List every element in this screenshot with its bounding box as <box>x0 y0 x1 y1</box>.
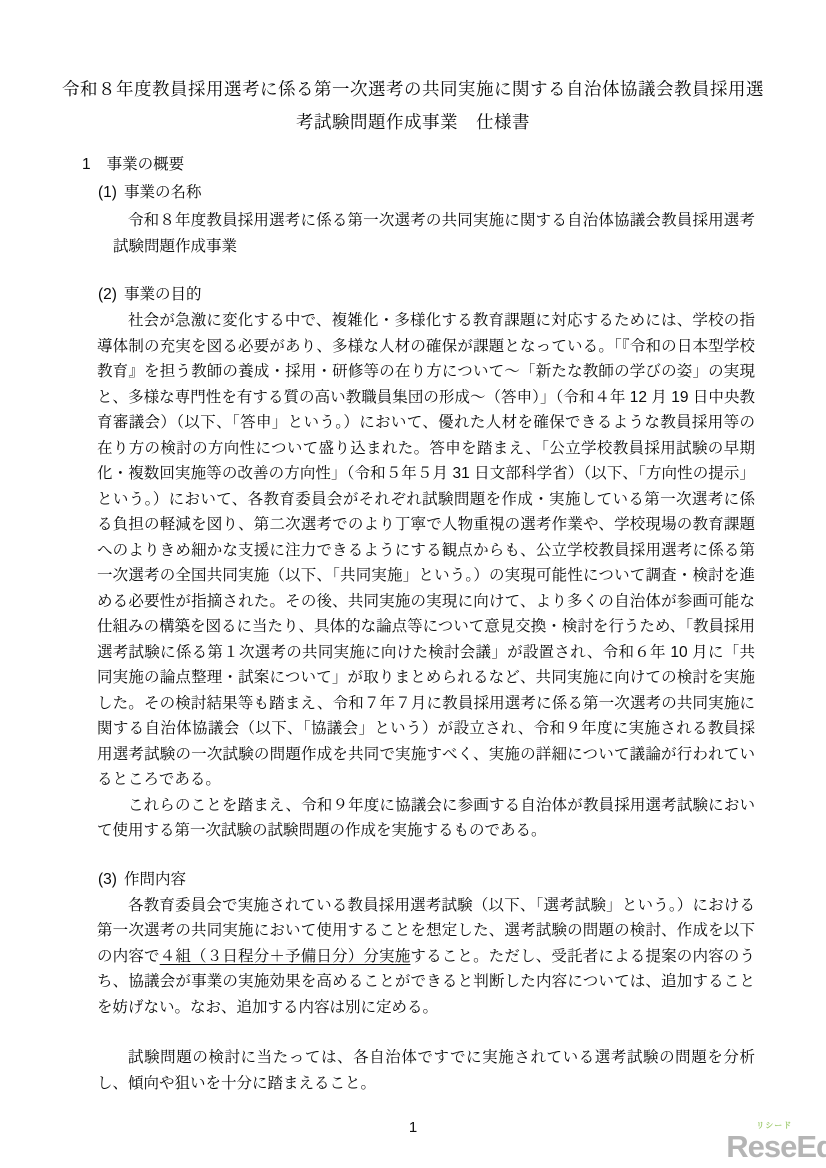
document-title: 令和８年度教員採用選考に係る第一次選考の共同実施に関する自治体協議会教員採用選考… <box>58 0 768 139</box>
item-1-heading: (1)事業の名称 <box>98 182 826 203</box>
item-3-paragraph-1: 各教育委員会で実施されている教員採用選考試験（以下、「選考試験」という。）におけ… <box>97 893 755 1021</box>
item-3-underlined-phrase: ４組（３日程分＋予備日分）分実施 <box>160 948 411 965</box>
reseed-logo: ReseEd <box>726 1131 826 1162</box>
section-1-heading: 1事業の概要 <box>82 154 826 175</box>
item-2-paragraph-1: 社会が急激に変化する中で、複雑化・多様化する教育課題に対応するためには、学校の指… <box>97 308 755 793</box>
document-page: 令和８年度教員採用選考に係る第一次選考の共同実施に関する自治体協議会教員採用選考… <box>0 0 826 1168</box>
item-2-heading: (2)事業の目的 <box>98 284 826 305</box>
item-1-title: 事業の名称 <box>124 184 202 201</box>
item-3-label: (3) <box>98 871 117 888</box>
reseed-watermark: リシード ReseEd <box>726 1122 826 1162</box>
item-3-title: 作問内容 <box>124 871 186 888</box>
section-1-number: 1 <box>82 156 91 173</box>
section-1-title: 事業の概要 <box>107 156 185 173</box>
item-2-paragraph-2: これらのことを踏まえ、令和９年度に協議会に参画する自治体が教員採用選考試験におい… <box>97 793 755 844</box>
item-2-label: (2) <box>98 286 117 303</box>
item-2-title: 事業の目的 <box>124 286 202 303</box>
item-1-body: 令和８年度教員採用選考に係る第一次選考の共同実施に関する自治体協議会教員採用選考… <box>113 208 755 259</box>
item-3-paragraph-2: 試験問題の検討に当たっては、各自治体ですでに実施されている選考試験の問題を分析し… <box>97 1045 755 1096</box>
page-number: 1 <box>0 1119 826 1136</box>
item-3-heading: (3)作問内容 <box>98 869 826 890</box>
item-1-label: (1) <box>98 184 117 201</box>
